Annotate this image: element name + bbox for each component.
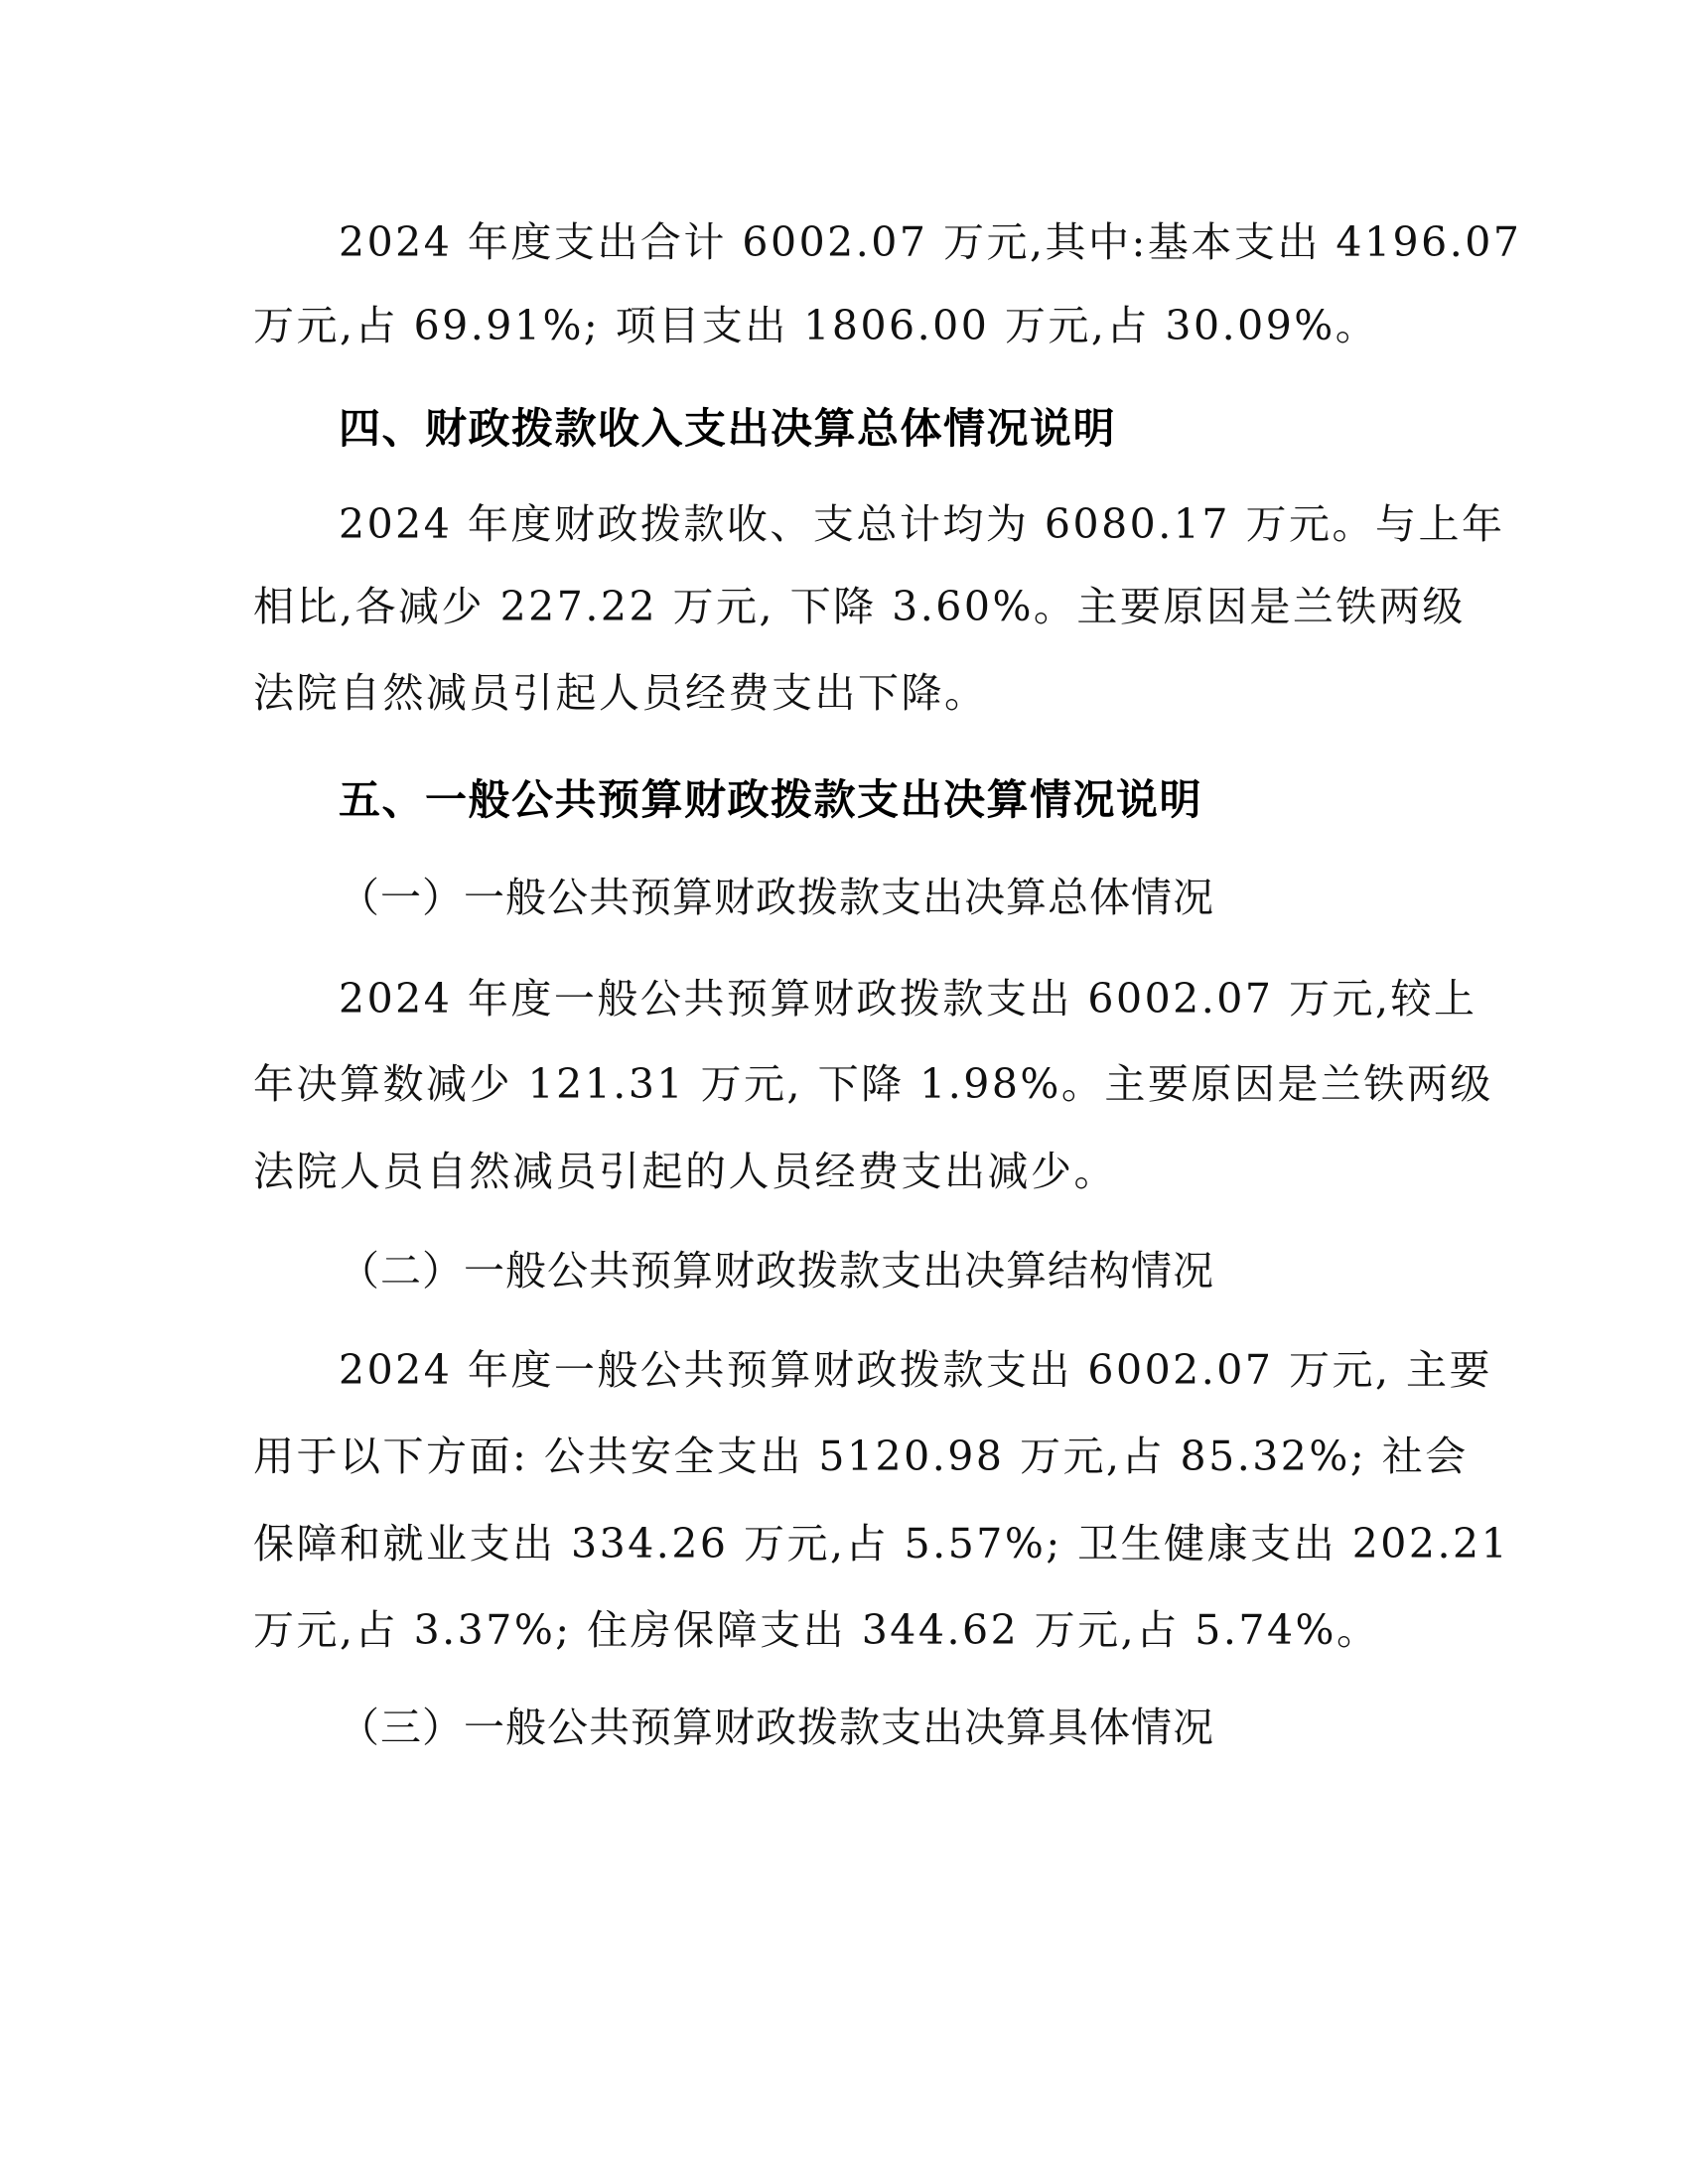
structure-line-3: 保障和就业支出 334.26 万元,占 5.57%; 卫生健康支出 202.21	[253, 1514, 1509, 1573]
document-page: 2024 年度支出合计 6002.07 万元,其中:基本支出 4196.07 万…	[0, 0, 1688, 2184]
expenditure-total-line-2: 万元,占 69.91%; 项目支出 1806.00 万元,占 30.09%。	[253, 296, 1378, 355]
structure-line-1: 2024 年度一般公共预算财政拨款支出 6002.07 万元, 主要	[339, 1340, 1492, 1400]
structure-line-4: 万元,占 3.37%; 住房保障支出 344.62 万元,占 5.74%。	[253, 1600, 1380, 1660]
overall-line-1: 2024 年度一般公共预算财政拨款支出 6002.07 万元,较上	[339, 969, 1477, 1028]
structure-line-2: 用于以下方面: 公共安全支出 5120.98 万元,占 85.32%; 社会	[253, 1427, 1469, 1486]
subheading-details: （三）一般公共预算财政拨款支出决算具体情况	[339, 1698, 1214, 1757]
fiscal-total-line-3: 法院自然减员引起人员经费支出下降。	[253, 663, 988, 723]
fiscal-total-line-2: 相比,各减少 227.22 万元, 下降 3.60%。主要原因是兰铁两级	[253, 577, 1466, 636]
expenditure-total-line-1: 2024 年度支出合计 6002.07 万元,其中:基本支出 4196.07	[339, 212, 1521, 272]
section-heading-5: 五、一般公共预算财政拨款支出决算情况说明	[339, 770, 1202, 830]
subheading-overall: （一）一般公共预算财政拨款支出决算总体情况	[339, 868, 1214, 927]
overall-line-3: 法院人员自然减员引起的人员经费支出减少。	[253, 1142, 1117, 1201]
section-heading-4: 四、财政拨款收入支出决算总体情况说明	[339, 399, 1116, 459]
fiscal-total-line-1: 2024 年度财政拨款收、支总计均为 6080.17 万元。与上年	[339, 494, 1504, 554]
subheading-structure: （二）一般公共预算财政拨款支出决算结构情况	[339, 1241, 1214, 1300]
overall-line-2: 年决算数减少 121.31 万元, 下降 1.98%。主要原因是兰铁两级	[253, 1054, 1493, 1114]
